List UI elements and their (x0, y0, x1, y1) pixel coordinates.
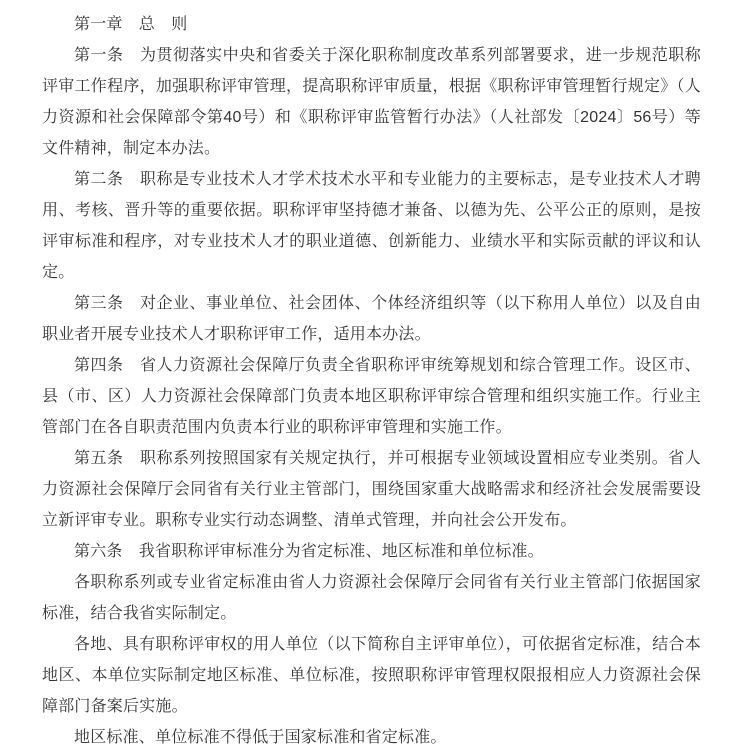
article-6-supplement-local-unit-standard: 各地、具有职称评审权的用人单位（以下简称自主评审单位），可依据省定标准，结合本地… (42, 629, 701, 722)
article-3-paragraph: 第三条 对企业、事业单位、社会团体、个体经济组织等（以下称用人单位）以及自由职业… (42, 288, 701, 350)
article-6-supplement-province-standard: 各职称系列或专业省定标准由省人力资源社会保障厅会同省有关行业主管部门依据国家标准… (42, 567, 701, 629)
article-4-paragraph: 第四条 省人力资源社会保障厅负责全省职称评审统筹规划和综合管理工作。设区市、县（… (42, 350, 701, 443)
article-2-paragraph: 第二条 职称是专业技术人才学术技术水平和专业能力的主要标志，是专业技术人才聘用、… (42, 164, 701, 288)
article-6-supplement-standard-floor: 地区标准、单位标准不得低于国家标准和省定标准。 (42, 722, 701, 753)
article-6-paragraph: 第六条 我省职称评审标准分为省定标准、地区标准和单位标准。 (42, 536, 701, 567)
document-body: 第一章 总 则 第一条 为贯彻落实中央和省委关于深化职称制度改革系列部署要求，进… (0, 0, 741, 753)
chapter-heading: 第一章 总 则 (42, 9, 701, 40)
article-1-paragraph: 第一条 为贯彻落实中央和省委关于深化职称制度改革系列部署要求，进一步规范职称评审… (42, 40, 701, 164)
article-5-paragraph: 第五条 职称系列按照国家有关规定执行，并可根据专业领域设置相应专业类别。省人力资… (42, 443, 701, 536)
